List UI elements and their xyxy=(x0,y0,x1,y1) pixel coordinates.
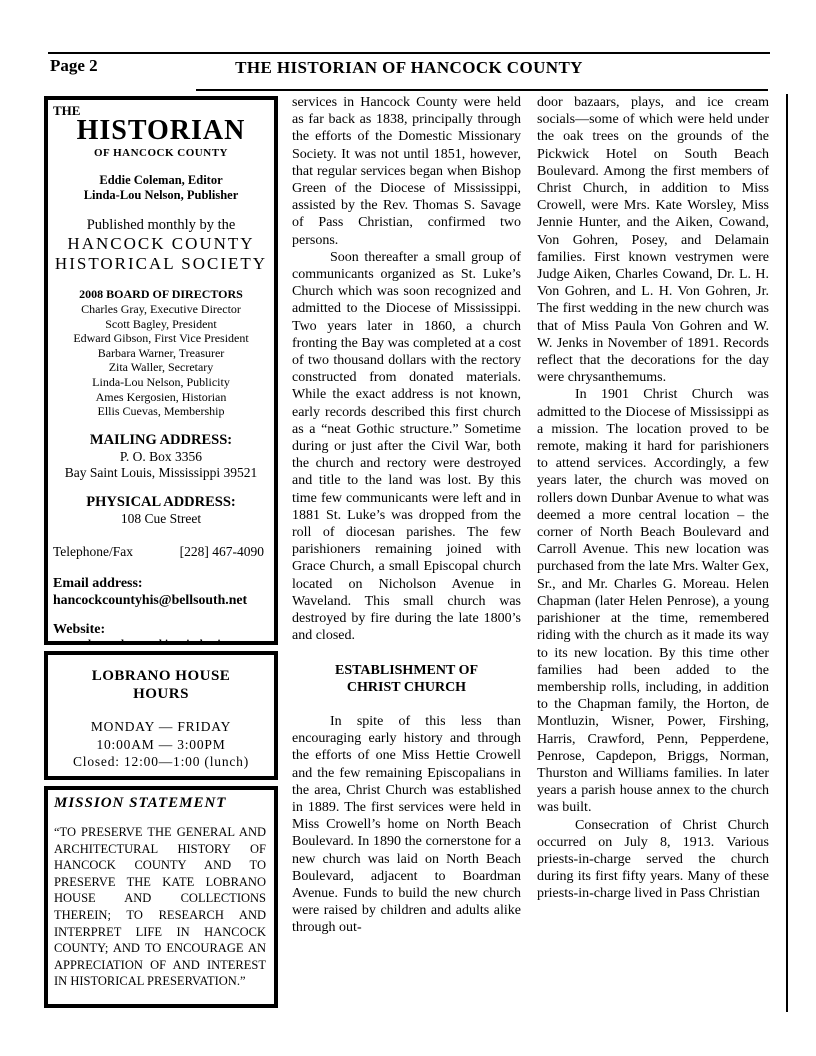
article-paragraph: In 1901 Christ Church was admitted to th… xyxy=(537,386,769,816)
header-top-rule xyxy=(48,52,770,54)
masthead-subtitle: OF HANCOCK COUNTY xyxy=(48,147,274,159)
board-member: Charles Gray, Executive Director xyxy=(48,302,274,317)
editor-credit: Eddie Coleman, Editor xyxy=(48,173,274,188)
board-member: Linda-Lou Nelson, Publicity xyxy=(48,375,274,390)
article-column-right: door bazaars, plays, and ice cream socia… xyxy=(537,94,769,903)
mailing-address-heading: MAILING ADDRESS: xyxy=(48,432,274,449)
website-label: Website: xyxy=(53,622,274,638)
hours-schedule: MONDAY — FRIDAY 10:00AM — 3:00PM Closed:… xyxy=(48,718,274,771)
board-member: Scott Bagley, President xyxy=(48,317,274,332)
hours-days: MONDAY — FRIDAY xyxy=(48,718,274,736)
hours-times: 10:00AM — 3:00PM xyxy=(48,736,274,754)
board-member: Barbara Warner, Treasurer xyxy=(48,346,274,361)
right-margin-rule xyxy=(786,94,788,1012)
phone-number: [228] 467-4090 xyxy=(180,544,264,560)
board-list: Charles Gray, Executive Director Scott B… xyxy=(48,302,274,419)
header-bottom-rule xyxy=(196,89,768,91)
email-label: Email address: xyxy=(53,576,274,592)
organization-name: HANCOCK COUNTY HISTORICAL SOCIETY xyxy=(48,234,274,274)
board-member: Ames Kergosien, Historian xyxy=(48,390,274,405)
article-paragraph: Soon thereafter a small group of communi… xyxy=(292,249,521,645)
email-address: hancockcountyhis@bellsouth.net xyxy=(53,592,274,608)
board-member: Edward Gibson, First Vice President xyxy=(48,331,274,346)
page-title: THE HISTORIAN OF HANCOCK COUNTY xyxy=(48,58,770,78)
article-paragraph: door bazaars, plays, and ice cream socia… xyxy=(537,94,769,386)
masthead-name: HISTORIAN xyxy=(48,115,274,147)
mission-text: “TO PRESERVE THE GENERAL AND ARCHITECTUR… xyxy=(54,824,266,990)
phone-row: Telephone/Fax [228] 467-4090 xyxy=(48,544,274,560)
hours-closed: Closed: 12:00—1:00 (lunch) xyxy=(48,753,274,771)
article-paragraph: services in Hancock County were held as … xyxy=(292,94,521,249)
masthead-box: THE HISTORIAN OF HANCOCK COUNTY Eddie Co… xyxy=(44,96,278,645)
mission-box: MISSION STATEMENT “TO PRESERVE THE GENER… xyxy=(44,786,278,1008)
board-member: Zita Waller, Secretary xyxy=(48,360,274,375)
masthead-credits: Eddie Coleman, Editor Linda-Lou Nelson, … xyxy=(48,173,274,203)
publisher-credit: Linda-Lou Nelson, Publisher xyxy=(48,188,274,203)
article-column-middle: services in Hancock County were held as … xyxy=(292,94,521,937)
article-paragraph: Consecration of Christ Church occurred o… xyxy=(537,817,769,903)
physical-address: 108 Cue Street xyxy=(48,511,274,527)
website-url: www.hancockcountyhistoricalsociety.com xyxy=(62,638,274,645)
newsletter-page: Page 2 THE HISTORIAN OF HANCOCK COUNTY T… xyxy=(0,0,816,1056)
article-paragraph: In spite of this less than encouraging e… xyxy=(292,713,521,937)
mission-heading: MISSION STATEMENT xyxy=(54,795,274,812)
published-line: Published monthly by the xyxy=(48,217,274,234)
hours-box: LOBRANO HOUSE HOURS MONDAY — FRIDAY 10:0… xyxy=(44,651,278,780)
hours-title: LOBRANO HOUSE HOURS xyxy=(48,667,274,703)
physical-address-heading: PHYSICAL ADDRESS: xyxy=(48,494,274,511)
mailing-address: P. O. Box 3356 Bay Saint Louis, Mississi… xyxy=(48,449,274,481)
board-heading: 2008 BOARD OF DIRECTORS xyxy=(48,287,274,302)
phone-label: Telephone/Fax xyxy=(53,544,133,560)
section-heading: ESTABLISHMENT OF CHRIST CHURCH xyxy=(292,662,521,696)
board-member: Ellis Cuevas, Membership xyxy=(48,404,274,419)
